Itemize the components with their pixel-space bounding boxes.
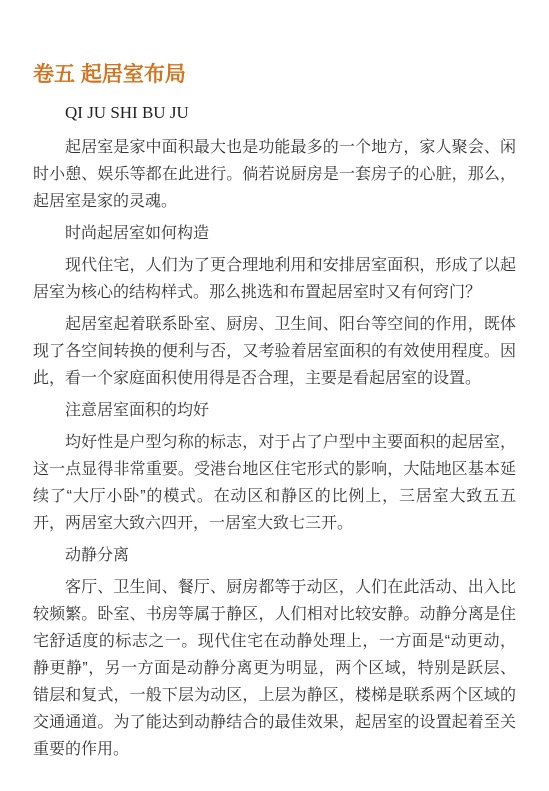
section-heading: 注意居室面积的均好 (33, 397, 516, 424)
paragraph: 均好性是户型匀称的标志，对于占了户型中主要面积的起居室，这一点显得非常重要。受港… (33, 429, 516, 537)
paragraph: 起居室是家中面积最大也是功能最多的一个地方，家人聚会、闲时小憩、娱乐等都在此进行… (33, 134, 516, 215)
paragraph: 现代住宅，人们为了更合理地利用和安排居室面积，形成了以起居室为核心的结构样式。那… (33, 252, 516, 306)
document-page: 卷五 起居室布局 QI JU SHI BU JU 起居室是家中面积最大也是功能最… (0, 0, 549, 791)
section-heading: 时尚起居室如何构造 (33, 220, 516, 247)
paragraph: 起居室起着联系卧室、厨房、卫生间、阳台等空间的作用，既体现了各空间转换的便利与否… (33, 311, 516, 392)
section-heading: 动静分离 (33, 542, 516, 569)
pinyin-subtitle: QI JU SHI BU JU (33, 102, 516, 124)
chapter-title: 卷五 起居室布局 (33, 62, 516, 88)
document-body: 起居室是家中面积最大也是功能最多的一个地方，家人聚会、闲时小憩、娱乐等都在此进行… (33, 134, 516, 763)
paragraph: 客厅、卫生间、餐厅、厨房都等于动区，人们在此活动、出入比较频繁。卧室、书房等属于… (33, 574, 516, 763)
